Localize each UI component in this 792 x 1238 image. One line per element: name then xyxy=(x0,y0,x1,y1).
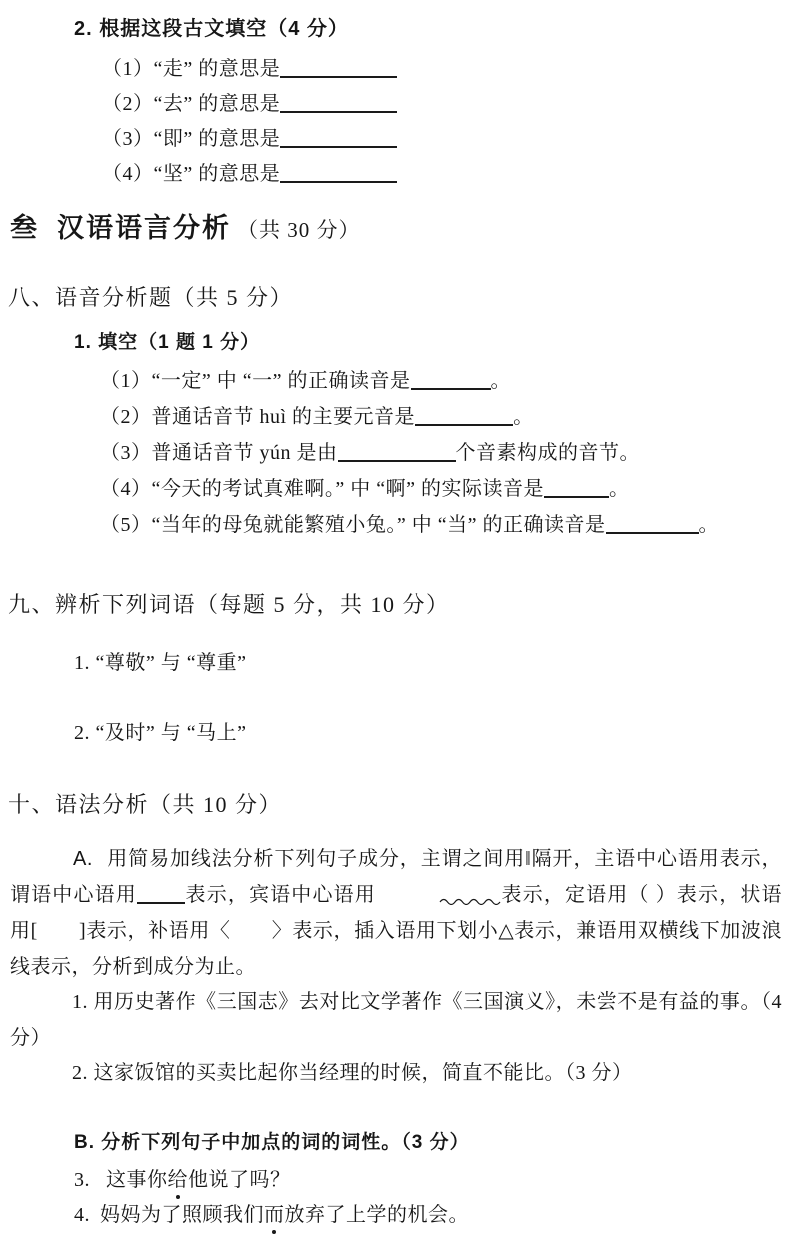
part-3-title: 汉语语言分析 xyxy=(57,213,231,243)
s10-q4-label: 4. xyxy=(74,1204,90,1226)
s10-question-1: 1. 用历史著作《三国志》去对比文学著作《三国演义》，未尝不是有益的事。（4 分… xyxy=(10,984,782,1056)
s10-q4-dotted-word: 而 xyxy=(264,1204,285,1226)
s10-question-4: 4.妈妈为了照顾我们而放弃了上学的机会。 xyxy=(74,1198,469,1227)
s8-item-1-post: 。 xyxy=(491,370,512,392)
part-3-score: （共 30 分） xyxy=(237,218,361,242)
exam-paper-page: 2. 根据这段古文填空（4 分） （1）“走” 的意思是 （2）“去” 的意思是… xyxy=(0,0,792,1238)
s8-item-1-blank xyxy=(411,385,491,390)
s9-item-1: 1. “尊敬” 与 “尊重” xyxy=(74,646,247,675)
section-8-heading: 八、语音分析题（共 5 分） xyxy=(8,281,293,312)
q2-item-1-blank xyxy=(280,73,397,78)
s8-item-3: （3）普通话音节 yún 是由个音素构成的音节。 xyxy=(100,436,640,465)
s10-part-a-paragraph: A.用简易加线法分析下列句子成分，主谓之间用‖隔开，主语中心语用表示，谓语中心语… xyxy=(10,841,782,985)
q2-item-2: （2）“去” 的意思是 xyxy=(102,87,397,116)
s8-item-2-blank xyxy=(415,421,513,426)
s8-item-3-post: 个音素构成的音节。 xyxy=(456,442,641,464)
s10-question-3: 3.这事你给他说了吗？ xyxy=(74,1163,291,1192)
q2-item-4: （4）“坚” 的意思是 xyxy=(102,157,397,186)
s8-item-4: （4）“今天的考试真难啊。” 中 “啊” 的实际读音是。 xyxy=(100,472,630,501)
s8-item-2-post: 。 xyxy=(513,406,534,428)
s10-part-a-label: A. xyxy=(73,848,93,870)
s8-item-5-pre: （5）“当年的母兔就能繁殖小兔。” 中 “当” 的正确读音是 xyxy=(100,514,606,536)
section-10-heading: 十、语法分析（共 10 分） xyxy=(8,788,282,819)
q2-item-4-text: （4）“坚” 的意思是 xyxy=(102,163,280,185)
s10-part-a-blank-straight xyxy=(137,899,185,904)
part-3-heading: 叁汉语语言分析（共 30 分） xyxy=(10,206,361,245)
s10-q4-post: 放弃了上学的机会。 xyxy=(285,1204,470,1226)
q2-item-3-blank xyxy=(280,143,397,148)
s10-part-b-heading: B. 分析下列句子中加点的词的词性。（3 分） xyxy=(74,1127,470,1154)
s8-item-2: （2）普通话音节 huì 的主要元音是。 xyxy=(100,400,534,429)
q2-item-1-text: （1）“走” 的意思是 xyxy=(102,58,280,80)
q2-item-3-text: （3）“即” 的意思是 xyxy=(102,128,280,150)
q2-item-1: （1）“走” 的意思是 xyxy=(102,52,397,81)
q2-item-4-blank xyxy=(280,178,397,183)
question-2-title: 2. 根据这段古文填空（4 分） xyxy=(74,12,349,41)
s8-item-2-pre: （2）普通话音节 huì 的主要元音是 xyxy=(100,406,415,428)
s10-q3-pre: 这事你 xyxy=(106,1169,168,1191)
s8-item-1: （1）“一定” 中 “一” 的正确读音是。 xyxy=(100,364,511,393)
s10-q3-dotted-word: 给 xyxy=(168,1169,189,1191)
s10-q3-label: 3. xyxy=(74,1169,90,1191)
s8-item-3-blank xyxy=(338,457,456,462)
s8-item-4-blank xyxy=(544,493,609,498)
q2-item-3: （3）“即” 的意思是 xyxy=(102,122,397,151)
s8-item-1-pre: （1）“一定” 中 “一” 的正确读音是 xyxy=(100,370,411,392)
s8-item-3-pre: （3）普通话音节 yún 是由 xyxy=(100,442,338,464)
section-9-heading: 九、辨析下列词语（每题 5 分，共 10 分） xyxy=(8,588,450,619)
section-8-sub-heading: 1. 填空（1 题 1 分） xyxy=(74,327,260,354)
q2-item-2-text: （2）“去” 的意思是 xyxy=(102,93,280,115)
part-3-label: 叁 xyxy=(10,213,39,243)
s10-q3-post: 他说了吗？ xyxy=(188,1169,291,1191)
s8-item-5-blank xyxy=(606,529,699,534)
s9-item-2: 2. “及时” 与 “马上” xyxy=(74,716,247,745)
s8-item-5-post: 。 xyxy=(699,514,720,536)
s8-item-4-pre: （4）“今天的考试真难啊。” 中 “啊” 的实际读音是 xyxy=(100,478,544,500)
s10-question-2: 2. 这家饭馆的买卖比起你当经理的时候，简直不能比。（3 分） xyxy=(72,1056,633,1085)
s10-part-a-seg2: 表示，宾语中心语用 xyxy=(185,884,376,906)
q2-item-2-blank xyxy=(280,108,397,113)
s8-item-5: （5）“当年的母兔就能繁殖小兔。” 中 “当” 的正确读音是。 xyxy=(100,508,719,537)
s10-q4-pre: 妈妈为了照顾我们 xyxy=(100,1204,264,1226)
s8-item-4-post: 。 xyxy=(609,478,630,500)
s10-part-a-blank-wavy xyxy=(376,881,501,917)
